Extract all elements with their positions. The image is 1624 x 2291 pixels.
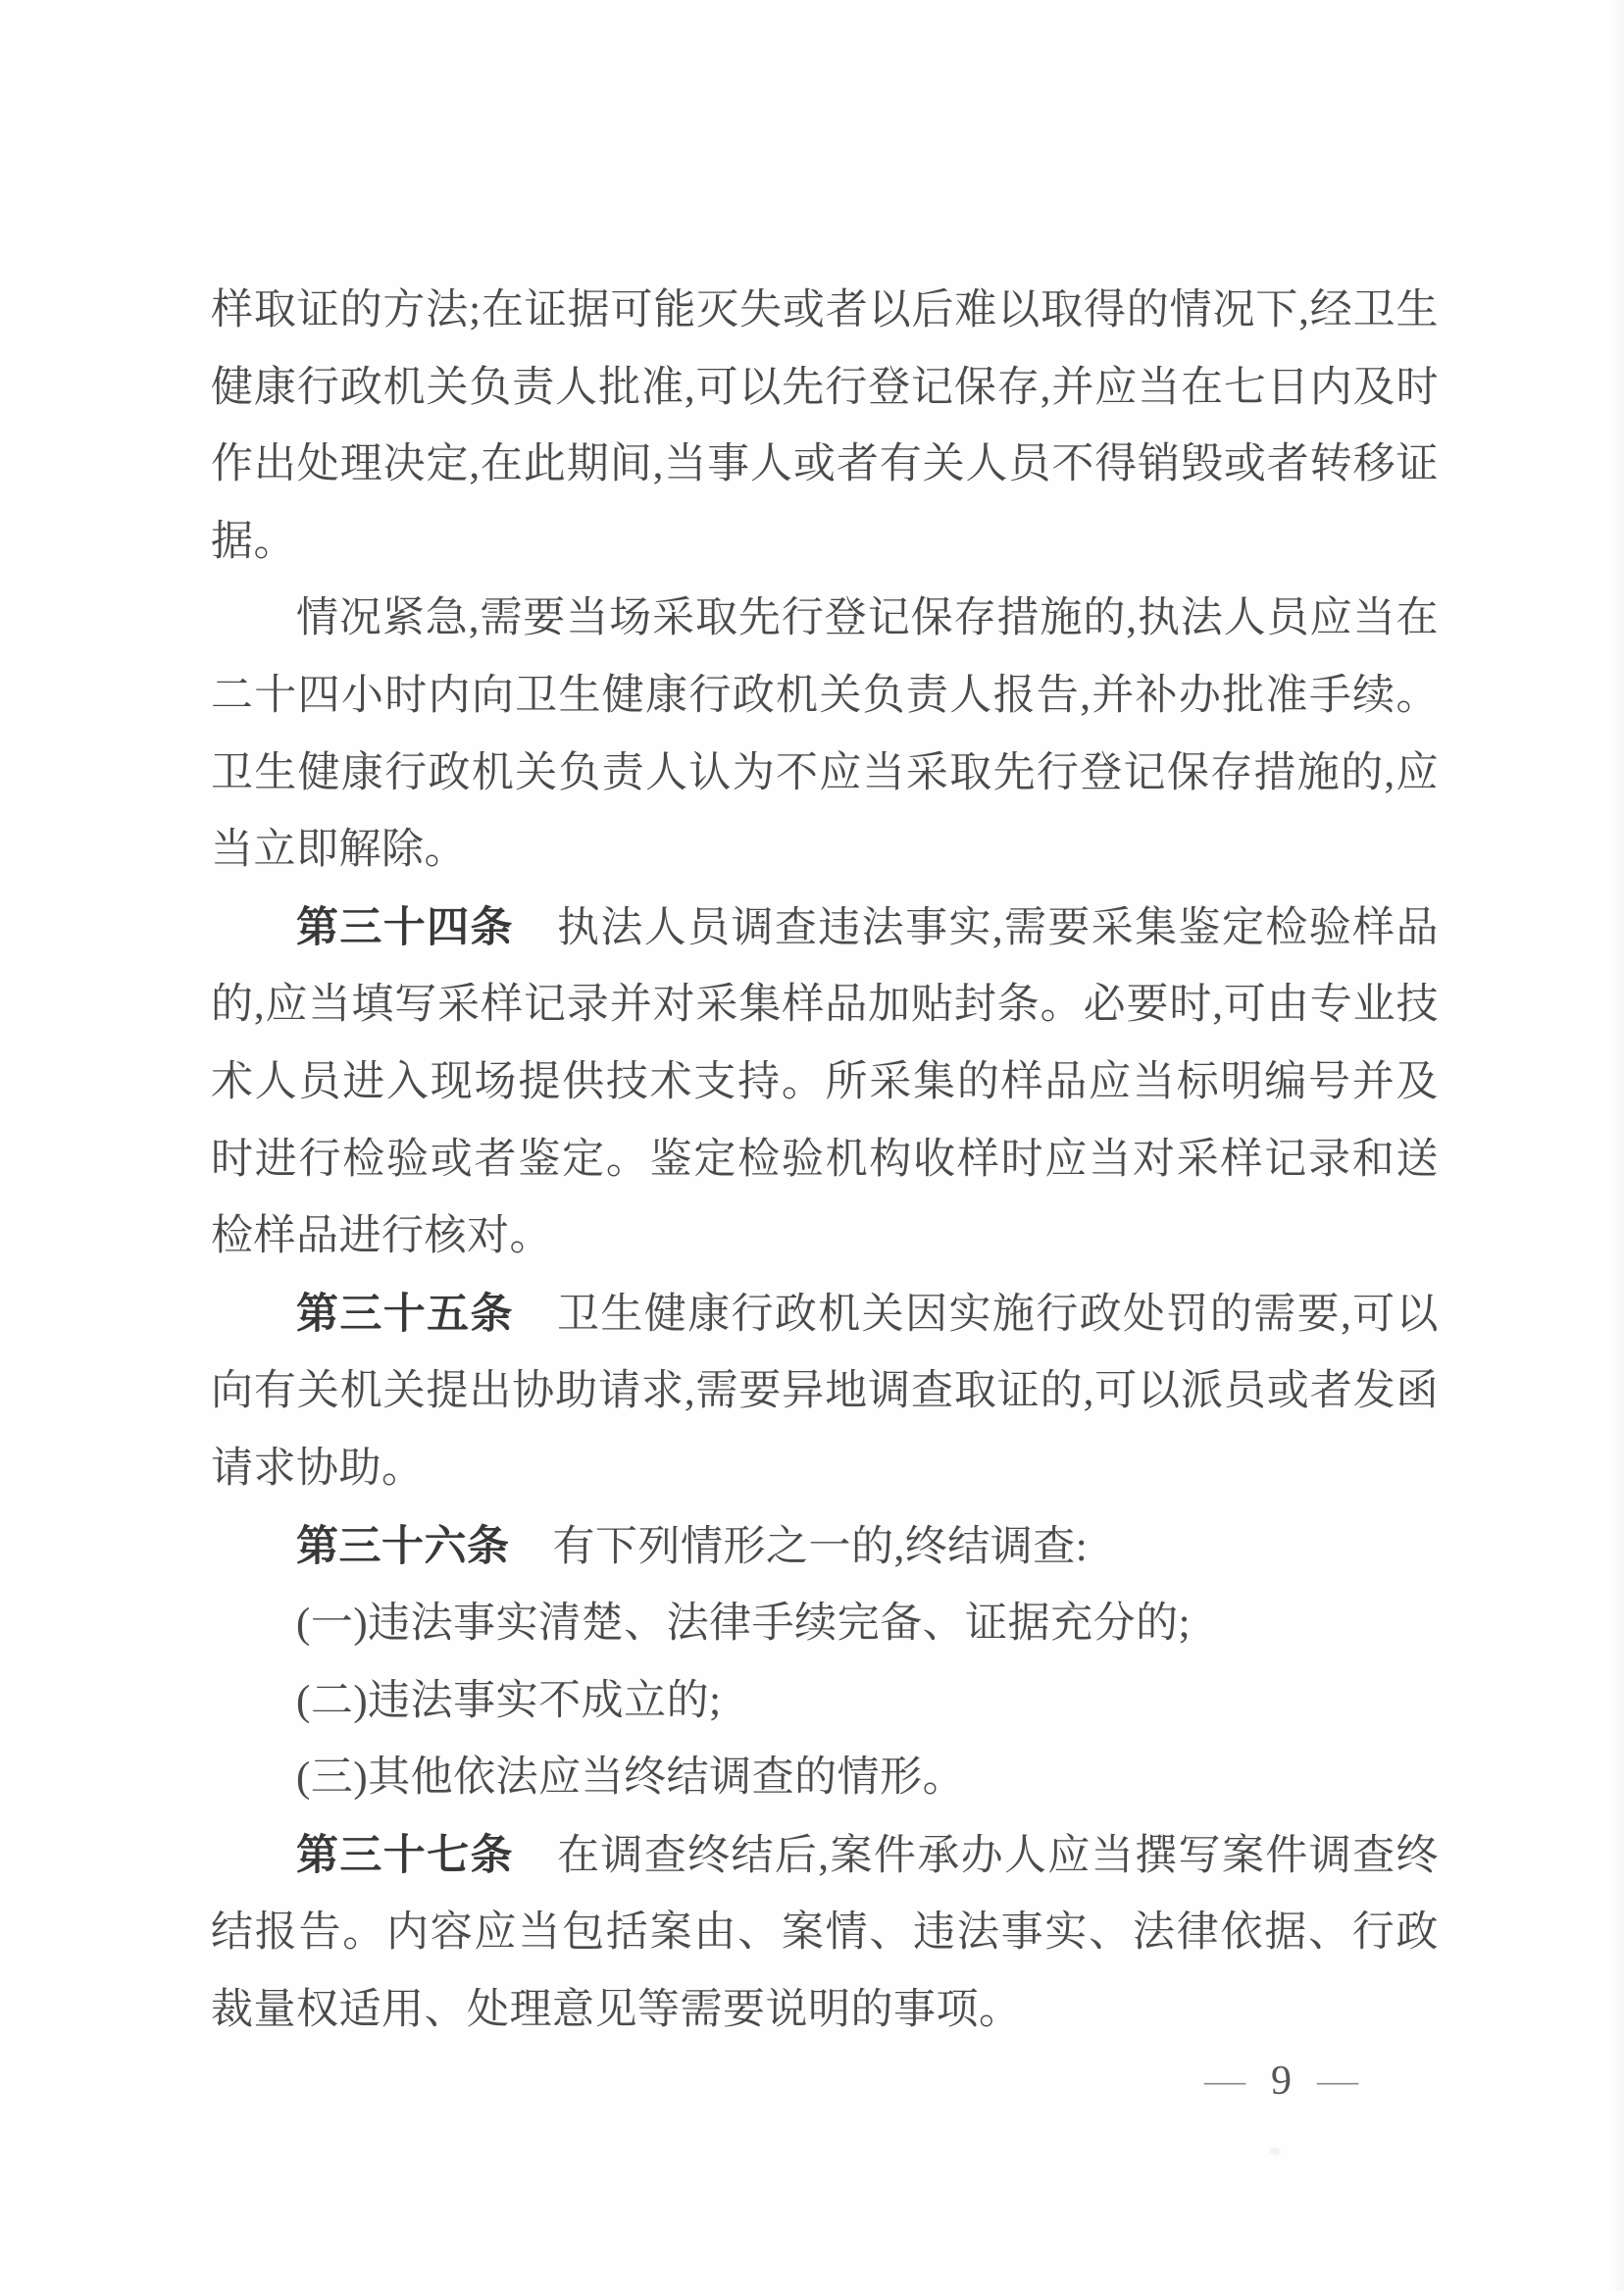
- paragraph: 第三十七条在调查终结后,案件承办人应当撰写案件调查终结报告。内容应当包括案由、案…: [211, 1817, 1439, 2050]
- paragraph: 情况紧急,需要当场采取先行登记保存措施的,执法人员应当在二十四小时内向卫生健康行…: [211, 581, 1439, 889]
- article-number: 第三十四条: [296, 904, 514, 951]
- paragraph: (一)违法事实清楚、法律手续完备、证据充分的;: [211, 1586, 1439, 1663]
- page-number: 9: [1271, 2058, 1292, 2105]
- article-number: 第三十五条: [296, 1291, 514, 1338]
- page-number-left-dash: —: [1204, 2062, 1245, 2100]
- document-body: 样取证的方法;在证据可能灭失或者以后难以取得的情况下,经卫生健康行政机关负责人批…: [211, 273, 1439, 2050]
- paragraph: (三)其他依法应当终结调查的情形。: [211, 1740, 1439, 1817]
- paragraph: 第三十五条卫生健康行政机关因实施行政处罚的需要,可以向有关机关提出协助请求,需要…: [211, 1276, 1439, 1508]
- paragraph: 样取证的方法;在证据可能灭失或者以后难以取得的情况下,经卫生健康行政机关负责人批…: [211, 273, 1439, 581]
- scan-smudge: [1269, 2148, 1281, 2155]
- article-number: 第三十七条: [296, 1832, 514, 1879]
- page-number-right-dash: —: [1317, 2062, 1358, 2100]
- page-footer: — 9 —: [1204, 2058, 1358, 2105]
- paragraph: 第三十四条执法人员调查违法事实,需要采集鉴定检验样品的,应当填写采样记录并对采集…: [211, 890, 1439, 1276]
- paragraph: 第三十六条有下列情形之一的,终结调查:: [211, 1508, 1439, 1587]
- document-page: 样取证的方法;在证据可能灭失或者以后难以取得的情况下,经卫生健康行政机关负责人批…: [0, 0, 1624, 2291]
- article-number: 第三十六条: [296, 1523, 510, 1570]
- paragraph: (二)违法事实不成立的;: [211, 1663, 1439, 1741]
